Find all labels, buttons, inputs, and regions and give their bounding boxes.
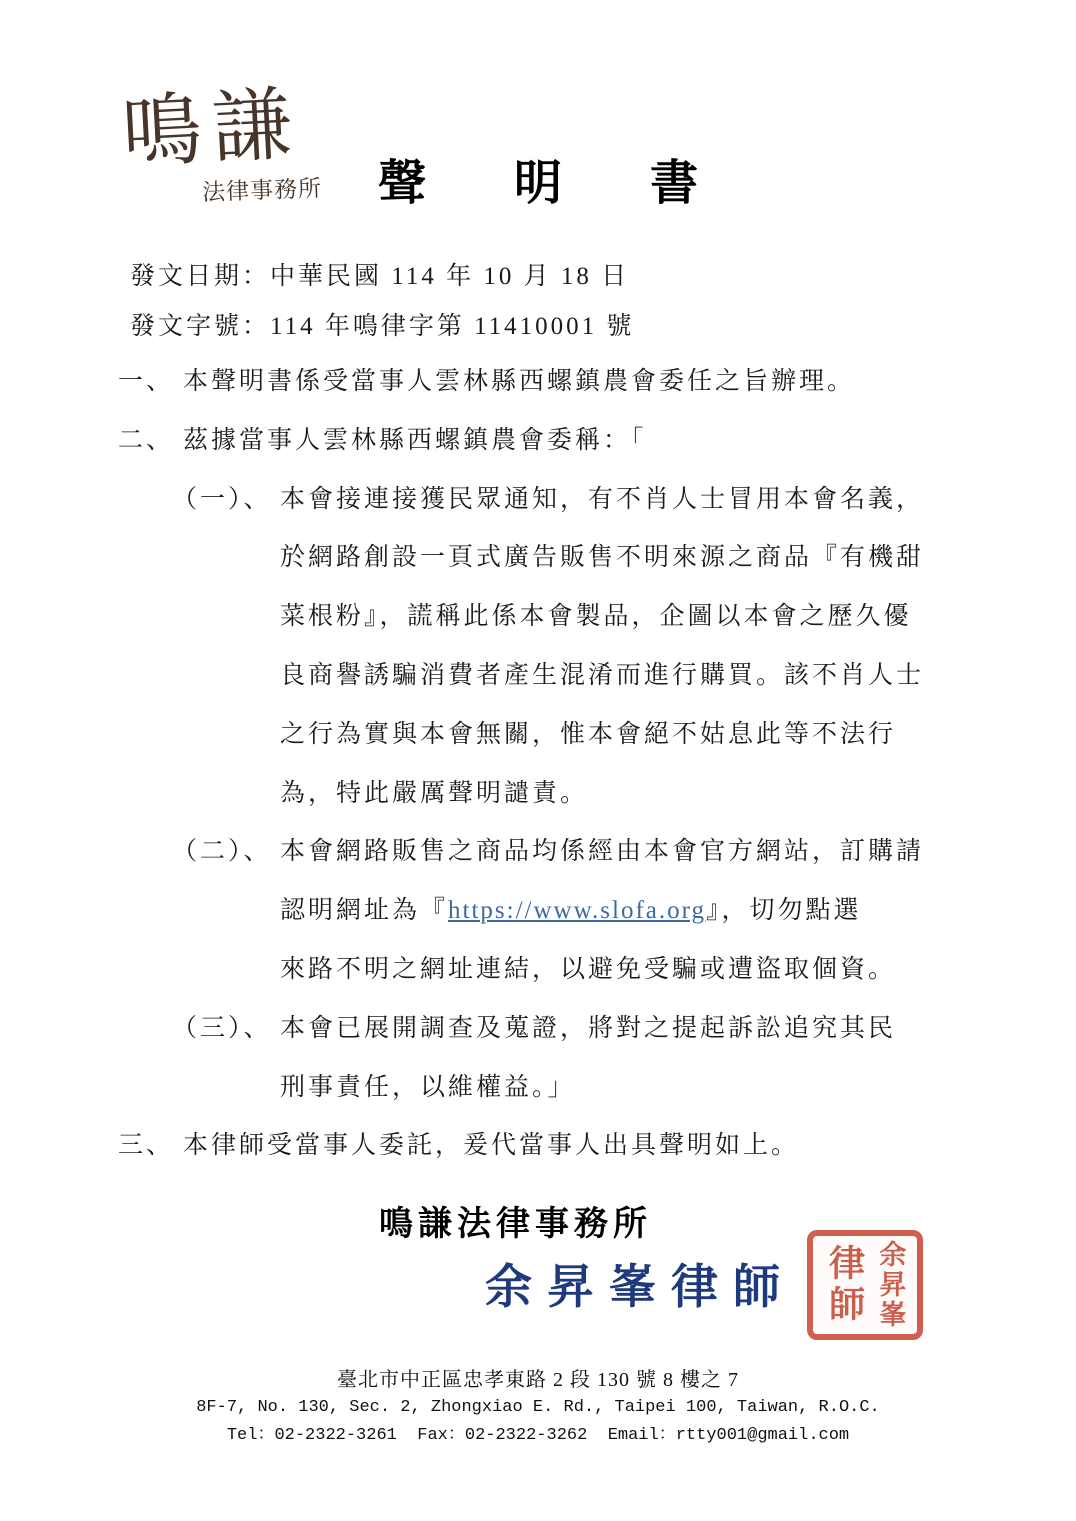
lawyer-name: 余昇峯律師: [485, 1250, 795, 1317]
doc-text-segment: 刑事責任，以維權益。」: [280, 1074, 576, 1101]
doc-line: （三）、本會已展開調查及蒐證，將對之提起訴訟追究其民: [0, 1000, 1076, 1059]
doc-line: 為，特此嚴厲聲明譴責。: [0, 765, 1076, 824]
doc-text-segment: 認明網址為『: [280, 897, 448, 924]
statement-document-page: 鳴謙 法律事務所 聲 明 書 發文日期：中華民國 114 年 10 月 18 日…: [0, 0, 1076, 1521]
doc-text-segment: 為，特此嚴厲聲明譴責。: [280, 780, 588, 807]
list-marker: 三、: [118, 1117, 174, 1176]
doc-line-text: 本會接連接獲民眾通知，有不肖人士冒用本會名義，: [0, 471, 1076, 530]
list-marker: 一、: [118, 353, 174, 412]
doc-text-segment: 本聲明書係受當事人雲林縣西螺鎮農會委任之旨辦理。: [183, 368, 855, 395]
list-marker: （一）、: [172, 471, 272, 530]
doc-text-segment: 菜根粉』，謊稱此係本會製品，企圖以本會之歷久優: [280, 603, 912, 630]
document-meta: 發文日期：中華民國 114 年 10 月 18 日 發文字號：114 年鳴律字第…: [130, 252, 634, 352]
doc-line: 一、本聲明書係受當事人雲林縣西螺鎮農會委任之旨辦理。: [0, 353, 1076, 412]
doc-text-segment: 於網路創設一頁式廣告販售不明來源之商品『有機甜: [280, 544, 924, 571]
doc-line-text: 之行為實與本會無關，惟本會絕不姑息此等不法行: [0, 706, 1076, 765]
issue-date-line: 發文日期：中華民國 114 年 10 月 18 日: [130, 252, 634, 302]
doc-line: 於網路創設一頁式廣告販售不明來源之商品『有機甜: [0, 529, 1076, 588]
doc-line-text: 本會已展開調查及蒐證，將對之提起訴訟追究其民: [0, 1000, 1076, 1059]
doc-line: 二、茲據當事人雲林縣西螺鎮農會委稱：「: [0, 412, 1076, 471]
doc-text-segment: 之行為實與本會無關，惟本會絕不姑息此等不法行: [280, 721, 896, 748]
doc-line-text: 來路不明之網址連結，以避免受騙或遭盜取個資。: [0, 941, 1076, 1000]
doc-line: （一）、本會接連接獲民眾通知，有不肖人士冒用本會名義，: [0, 471, 1076, 530]
doc-line-text: 認明網址為『https://www.slofa.org』，切勿點選: [0, 882, 1076, 941]
doc-line-text: 良商譽誘騙消費者產生混淆而進行購買。該不肖人士: [0, 647, 1076, 706]
doc-line: 來路不明之網址連結，以避免受騙或遭盜取個資。: [0, 941, 1076, 1000]
doc-line: 之行為實與本會無關，惟本會絕不姑息此等不法行: [0, 706, 1076, 765]
doc-line-text: 刑事責任，以維權益。」: [0, 1059, 1076, 1118]
doc-line-text: 本會網路販售之商品均係經由本會官方網站，訂購請: [0, 823, 1076, 882]
doc-text-segment: 良商譽誘騙消費者產生混淆而進行購買。該不肖人士: [280, 662, 924, 689]
doc-text-segment: 來路不明之網址連結，以避免受騙或遭盜取個資。: [280, 956, 896, 983]
doc-text-segment: 本律師受當事人委託，爰代當事人出具聲明如上。: [183, 1132, 799, 1159]
issue-number-line: 發文字號：114 年鳴律字第 11410001 號: [130, 302, 634, 352]
doc-text-segment: 茲據當事人雲林縣西螺鎮農會委稱：「: [183, 427, 647, 454]
doc-line: 刑事責任，以維權益。」: [0, 1059, 1076, 1118]
footer-address-en: 8F-7, No. 130, Sec. 2, Zhongxiao E. Rd.,…: [0, 1394, 1076, 1422]
doc-line: （二）、本會網路販售之商品均係經由本會官方網站，訂購請: [0, 823, 1076, 882]
page-title: 聲 明 書: [0, 144, 1076, 213]
list-marker: （三）、: [172, 1000, 272, 1059]
doc-line: 三、本律師受當事人委託，爰代當事人出具聲明如上。: [0, 1117, 1076, 1176]
doc-line: 菜根粉』，謊稱此係本會製品，企圖以本會之歷久優: [0, 588, 1076, 647]
footer-address-zh: 臺北市中正區忠孝東路 2 段 130 號 8 樓之 7: [0, 1366, 1076, 1394]
document-body: 一、本聲明書係受當事人雲林縣西螺鎮農會委任之旨辦理。二、茲據當事人雲林縣西螺鎮農…: [0, 353, 1076, 1176]
seal-column-right: 余昇峯: [876, 1240, 903, 1330]
footer: 臺北市中正區忠孝東路 2 段 130 號 8 樓之 7 8F-7, No. 13…: [0, 1366, 1076, 1450]
doc-text-segment: 本會已展開調查及蒐證，將對之提起訴訟追究其民: [280, 1015, 896, 1042]
list-marker: 二、: [118, 412, 174, 471]
doc-line: 良商譽誘騙消費者產生混淆而進行購買。該不肖人士: [0, 647, 1076, 706]
doc-text-segment: 本會接連接獲民眾通知，有不肖人士冒用本會名義，: [280, 486, 924, 513]
official-website-link[interactable]: https://www.slofa.org: [448, 897, 706, 924]
firm-name: 鳴謙法律事務所: [379, 1196, 652, 1245]
doc-line-text: 菜根粉』，謊稱此係本會製品，企圖以本會之歷久優: [0, 588, 1076, 647]
doc-line-text: 為，特此嚴厲聲明譴責。: [0, 765, 1076, 824]
doc-text-segment: 』，切勿點選: [706, 897, 862, 924]
list-marker: （二）、: [172, 823, 272, 882]
footer-contact-line: Tel：02-2322-3261 Fax：02-2322-3262 Email：…: [0, 1422, 1076, 1450]
doc-text-segment: 本會網路販售之商品均係經由本會官方網站，訂購請: [280, 838, 924, 865]
doc-line-text: 於網路創設一頁式廣告販售不明來源之商品『有機甜: [0, 529, 1076, 588]
doc-line: 認明網址為『https://www.slofa.org』，切勿點選: [0, 882, 1076, 941]
lawyer-seal: 余昇峯 律師: [807, 1230, 923, 1340]
seal-column-left: 律師: [827, 1244, 863, 1326]
